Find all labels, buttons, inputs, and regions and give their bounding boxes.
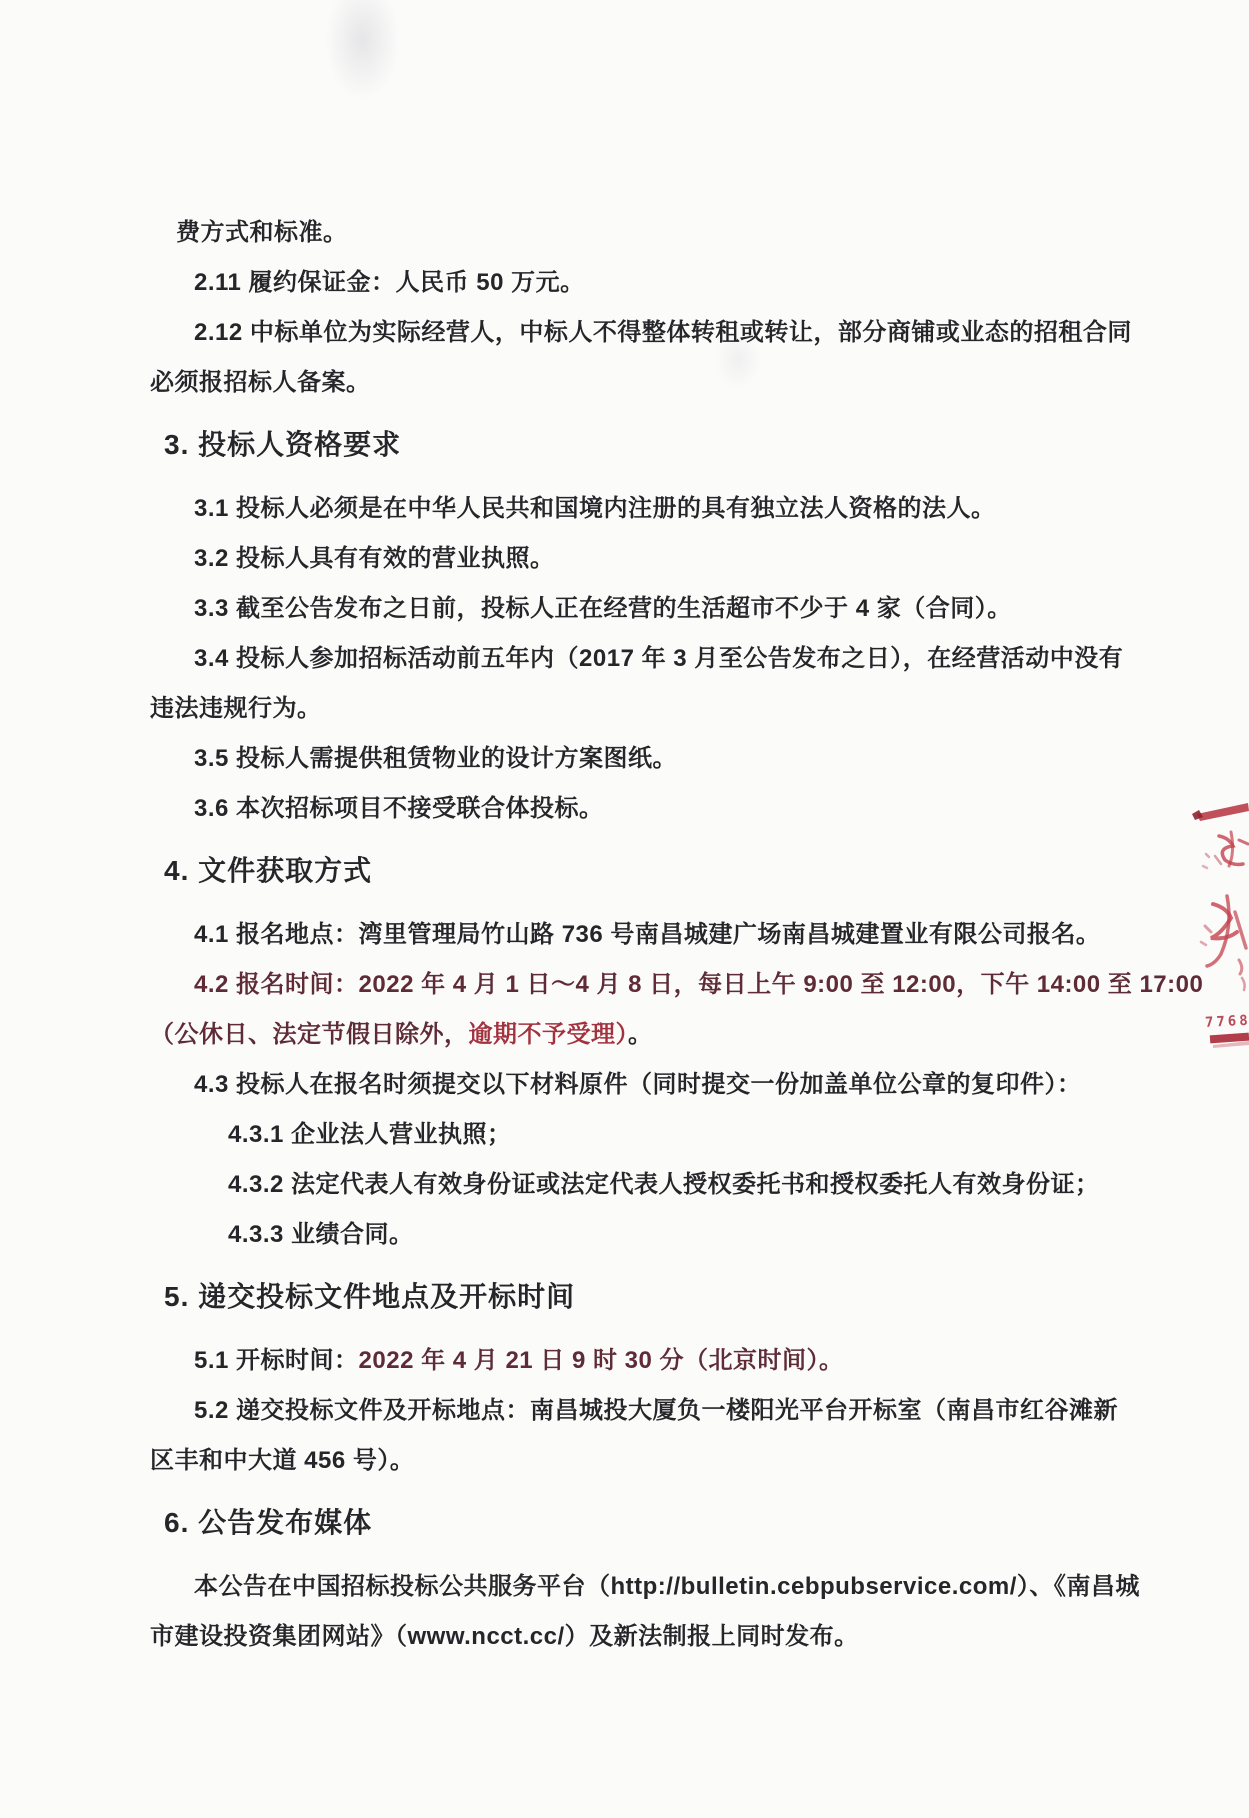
text-segment: 5. 递交投标文件地点及开标时间 <box>164 1281 575 1312</box>
paragraph-line: 区丰和中大道 456 号）。 <box>150 1436 1209 1486</box>
paragraph-line: 4.3.3 业绩合同。 <box>150 1210 1209 1260</box>
paragraph-line: 4.1 报名地点：湾里管理局竹山路 736 号南昌城建广场南昌城建置业有限公司报… <box>150 910 1209 960</box>
paragraph-line: 4.3.2 法定代表人有效身份证或法定代表人授权委托书和授权委托人有效身份证； <box>150 1160 1209 1210</box>
paragraph-line: 3.3 截至公告发布之日前，投标人正在经营的生活超市不少于 4 家（合同）。 <box>150 584 1209 634</box>
paragraph-line: 5.1 开标时间：2022 年 4 月 21 日 9 时 30 分（北京时间）。 <box>150 1336 1209 1386</box>
text-segment: 4.3.3 业绩合同。 <box>228 1221 414 1248</box>
paragraph-line: 违法违规行为。 <box>150 684 1209 734</box>
text-segment: 3.6 本次招标项目不接受联合体投标。 <box>194 795 604 822</box>
paragraph-line: 4.2 报名时间：2022 年 4 月 1 日～4 月 8 日，每日上午 9:0… <box>150 960 1209 1010</box>
text-segment: 4.1 报名地点：湾里管理局竹山路 736 号南昌城建广场南昌城建置业有限公司报… <box>194 921 1100 948</box>
paragraph-line: 3.6 本次招标项目不接受联合体投标。 <box>150 784 1209 834</box>
paragraph-line: 本公告在中国招标投标公共服务平台（http://bulletin.cebpubs… <box>150 1562 1209 1612</box>
paragraph-line: 3.4 投标人参加招标活动前五年内（2017 年 3 月至公告发布之日），在经营… <box>150 634 1209 684</box>
text-segment: 3.4 投标人参加招标活动前五年内（2017 年 3 月至公告发布之日），在经营… <box>194 645 1123 672</box>
text-segment: 费方式和标准。 <box>176 219 348 246</box>
text-segment: 。 <box>628 1021 653 1048</box>
paragraph-line: 市建设投资集团网站》（www.ncct.cc/）及新法制报上同时发布。 <box>150 1612 1209 1662</box>
paragraph-line: 4.3 投标人在报名时须提交以下材料原件（同时提交一份加盖单位公章的复印件）： <box>150 1060 1209 1110</box>
text-segment: 2.11 履约保证金：人民币 50 万元。 <box>194 269 585 296</box>
paragraph-line: 3.1 投标人必须是在中华人民共和国境内注册的具有独立法人资格的法人。 <box>150 484 1209 534</box>
text-segment: 2.12 中标单位为实际经营人，中标人不得整体转租或转让，部分商铺或业态的招租合… <box>194 319 1132 346</box>
text-segment: 本公告在中国招标投标公共服务平台（http://bulletin.cebpubs… <box>194 1573 1140 1600</box>
paragraph-line: 2.12 中标单位为实际经营人，中标人不得整体转租或转让，部分商铺或业态的招租合… <box>150 308 1209 358</box>
red-seal-stamp-icon: 7768 <box>1179 792 1249 1054</box>
text-segment: 区丰和中大道 456 号）。 <box>150 1447 414 1474</box>
section-heading: 5. 递交投标文件地点及开标时间 <box>150 1272 1209 1322</box>
text-segment: 5.2 递交投标文件及开标地点：南昌城投大厦负一楼阳光平台开标室（南昌市红谷滩新 <box>194 1397 1118 1424</box>
text-segment: 4.2 报名时间：2022 年 4 月 1 日～4 月 8 日，每日上午 9:0… <box>194 971 1203 998</box>
text-segment: 市建设投资集团网站》（www.ncct.cc/）及新法制报上同时发布。 <box>150 1623 859 1650</box>
text-segment: 逾期不予受理） <box>469 1021 629 1048</box>
section-heading: 4. 文件获取方式 <box>150 846 1209 896</box>
text-segment: （公休日、法定节假日除外， <box>150 1021 469 1048</box>
text-segment: 5.1 开标时间： <box>194 1347 359 1374</box>
stamp-digits: 7768 <box>1205 1013 1249 1031</box>
document-page: 费方式和标准。2.11 履约保证金：人民币 50 万元。2.12 中标单位为实际… <box>0 0 1249 1818</box>
section-heading: 6. 公告发布媒体 <box>150 1498 1209 1548</box>
paragraph-line: 3.5 投标人需提供租赁物业的设计方案图纸。 <box>150 734 1209 784</box>
text-segment: 4. 文件获取方式 <box>164 855 372 886</box>
paragraph-line: 费方式和标准。 <box>150 208 1209 258</box>
text-segment: 3.5 投标人需提供租赁物业的设计方案图纸。 <box>194 745 677 772</box>
text-segment: 6. 公告发布媒体 <box>164 1507 372 1538</box>
text-segment: 2022 年 4 月 21 日 9 时 30 分（北京时间）。 <box>359 1347 844 1374</box>
paragraph-line: 3.2 投标人具有有效的营业执照。 <box>150 534 1209 584</box>
text-segment: 4.3.1 企业法人营业执照； <box>228 1121 512 1148</box>
text-segment: 3. 投标人资格要求 <box>164 429 401 460</box>
paragraph-line: 必须报招标人备案。 <box>150 358 1209 408</box>
paragraph-line: （公休日、法定节假日除外，逾期不予受理）。 <box>150 1010 1209 1060</box>
paragraph-line: 4.3.1 企业法人营业执照； <box>150 1110 1209 1160</box>
text-segment: 3.3 截至公告发布之日前，投标人正在经营的生活超市不少于 4 家（合同）。 <box>194 595 1012 622</box>
text-segment: 违法违规行为。 <box>150 695 322 722</box>
text-segment: 3.1 投标人必须是在中华人民共和国境内注册的具有独立法人资格的法人。 <box>194 495 996 522</box>
paragraph-line: 2.11 履约保证金：人民币 50 万元。 <box>150 258 1209 308</box>
text-segment: 3.2 投标人具有有效的营业执照。 <box>194 545 555 572</box>
section-heading: 3. 投标人资格要求 <box>150 420 1209 470</box>
paragraph-line: 5.2 递交投标文件及开标地点：南昌城投大厦负一楼阳光平台开标室（南昌市红谷滩新 <box>150 1386 1209 1436</box>
text-segment: 4.3.2 法定代表人有效身份证或法定代表人授权委托书和授权委托人有效身份证； <box>228 1171 1100 1198</box>
text-segment: 必须报招标人备案。 <box>150 369 371 396</box>
text-segment: 4.3 投标人在报名时须提交以下材料原件（同时提交一份加盖单位公章的复印件）： <box>194 1071 1082 1098</box>
document-content: 费方式和标准。2.11 履约保证金：人民币 50 万元。2.12 中标单位为实际… <box>0 0 1249 1662</box>
